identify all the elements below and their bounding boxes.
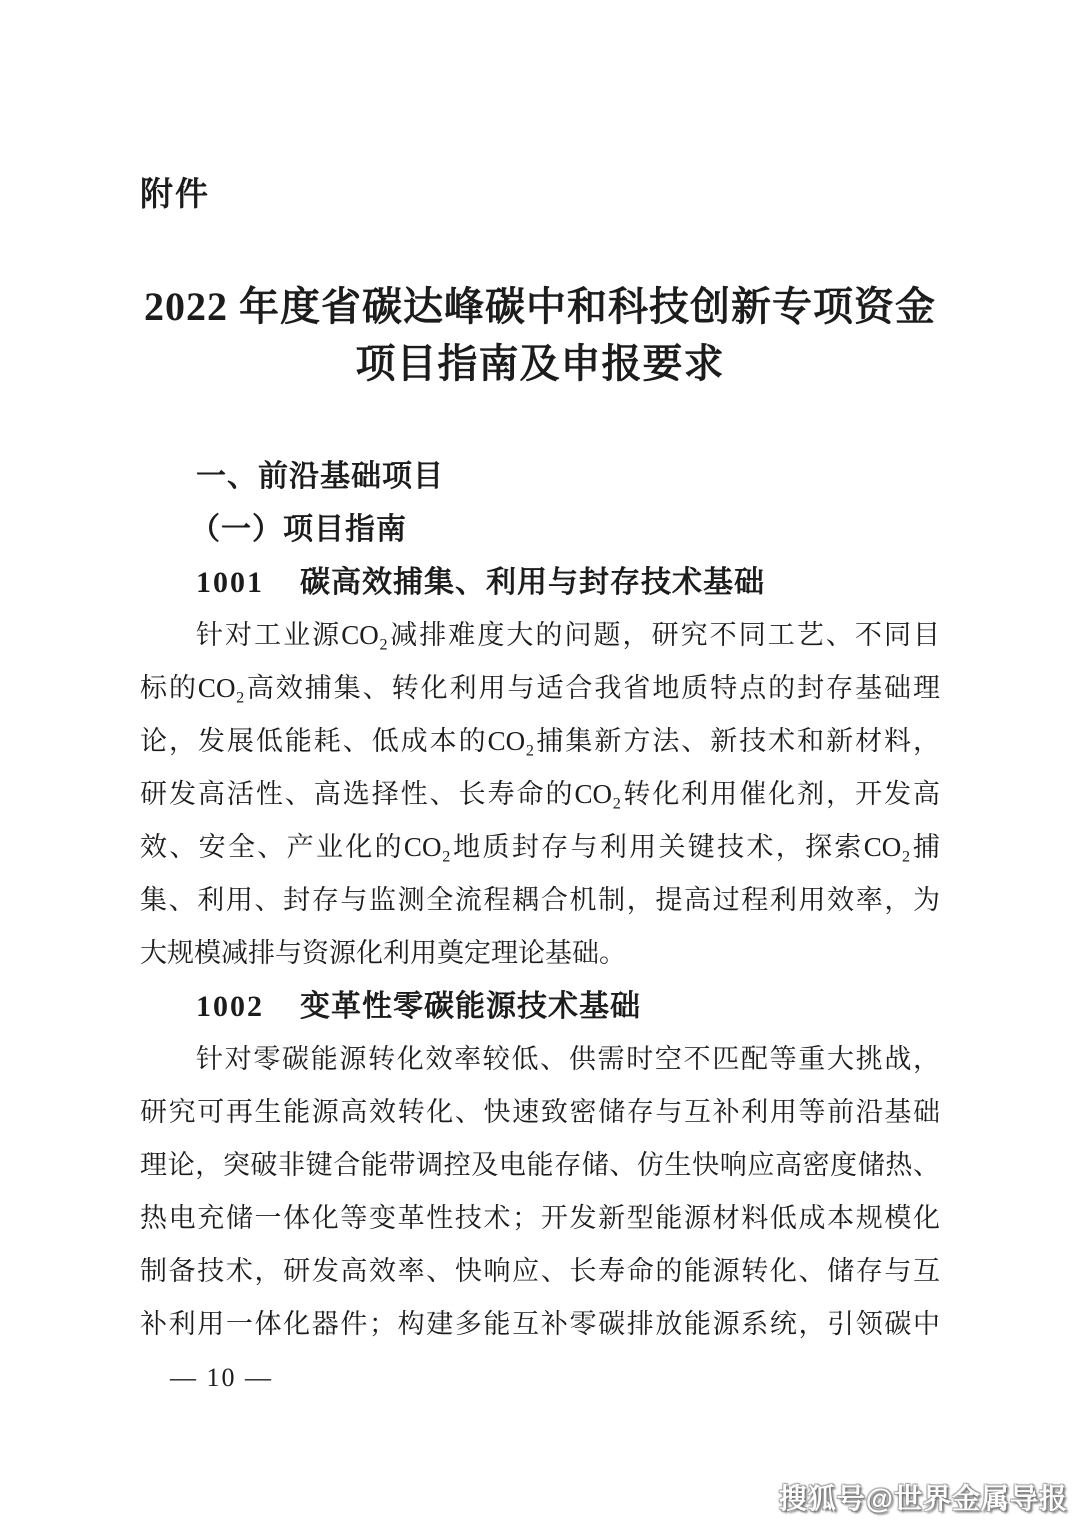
document-page: 附件 2022 年度省碳达峰碳中和科技创新专项资金 项目指南及申报要求 一、前沿…	[0, 0, 1080, 1527]
paragraph-line: 补利用一体化器件；构建多能互补零碳排放能源系统，引领碳中	[140, 1298, 940, 1351]
paragraph-line: 针对零碳能源转化效率较低、供需时空不匹配等重大挑战，	[140, 1033, 940, 1086]
watermark: 搜狐号@世界金属导报	[779, 1484, 1068, 1514]
page-number: — 10 —	[170, 1351, 940, 1404]
document-title-line: 项目指南及申报要求	[140, 335, 940, 392]
subsection-heading: （一）项目指南	[190, 503, 940, 556]
guide-item: 1001碳高效捕集、利用与封存技术基础针对工业源CO₂减排难度大的问题，研究不同…	[140, 556, 940, 980]
document-title: 2022 年度省碳达峰碳中和科技创新专项资金 项目指南及申报要求	[140, 278, 940, 392]
paragraph-line: 研发高活性、高选择性、长寿命的CO₂转化利用催化剂，开发高	[140, 768, 940, 821]
paragraph-line: 大规模减排与资源化利用奠定理论基础。	[140, 927, 940, 980]
paragraph-line: 标的CO₂高效捕集、转化利用与适合我省地质特点的封存基础理	[140, 662, 940, 715]
document-content: 附件 2022 年度省碳达峰碳中和科技创新专项资金 项目指南及申报要求 一、前沿…	[140, 0, 940, 1404]
paragraph-line: 制备技术，研发高效率、快响应、长寿命的能源转化、储存与互	[140, 1245, 940, 1298]
item-heading: 1001碳高效捕集、利用与封存技术基础	[196, 556, 940, 609]
guide-item: 1002变革性零碳能源技术基础针对零碳能源转化效率较低、供需时空不匹配等重大挑战…	[140, 980, 940, 1351]
item-title: 碳高效捕集、利用与封存技术基础	[300, 566, 765, 599]
item-heading: 1002变革性零碳能源技术基础	[196, 980, 940, 1033]
section-heading: 一、前沿基础项目	[196, 450, 940, 503]
paragraph-line: 热电充储一体化等变革性技术；开发新型能源材料低成本规模化	[140, 1192, 940, 1245]
paragraph-line: 针对工业源CO₂减排难度大的问题，研究不同工艺、不同目	[140, 609, 940, 662]
paragraph-line: 论，发展低能耗、低成本的CO₂捕集新方法、新技术和新材料，	[140, 715, 940, 768]
item-title: 变革性零碳能源技术基础	[300, 990, 641, 1023]
item-code: 1002	[196, 990, 264, 1023]
paragraph-line: 研究可再生能源高效转化、快速致密储存与互补利用等前沿基础	[140, 1086, 940, 1139]
paragraph-line: 效、安全、产业化的CO₂地质封存与利用关键技术，探索CO₂捕	[140, 821, 940, 874]
paragraph-line: 理论，突破非键合能带调控及电能存储、仿生快响应高密度储热、	[140, 1139, 940, 1192]
items: 1001碳高效捕集、利用与封存技术基础针对工业源CO₂减排难度大的问题，研究不同…	[140, 556, 940, 1351]
paragraph-line: 集、利用、封存与监测全流程耦合机制，提高过程利用效率，为	[140, 874, 940, 927]
item-code: 1001	[196, 566, 264, 599]
document-title-line: 2022 年度省碳达峰碳中和科技创新专项资金	[140, 278, 940, 335]
attachment-label: 附件	[140, 174, 940, 214]
